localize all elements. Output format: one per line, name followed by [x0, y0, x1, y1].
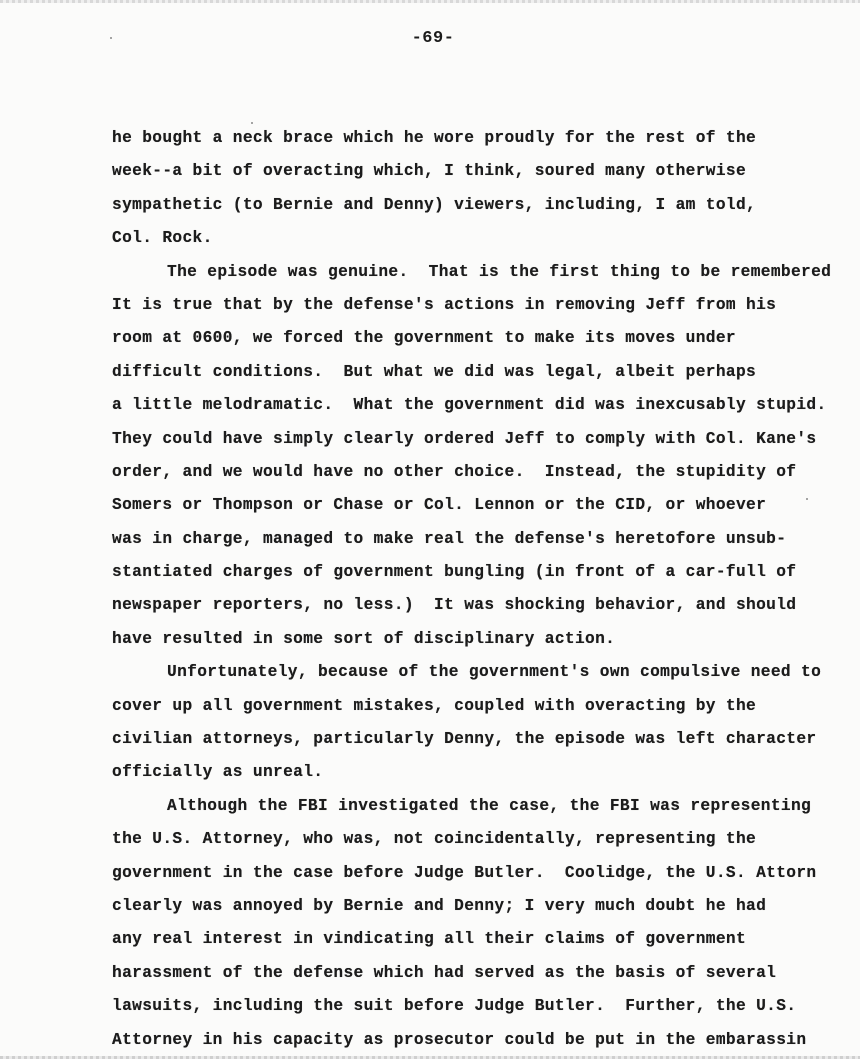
text-line: the U.S. Attorney, who was, not coincide…: [112, 828, 860, 861]
scan-top-edge: [0, 0, 860, 3]
text-line: Somers or Thompson or Chase or Col. Lenn…: [112, 494, 860, 527]
paragraph-2: The episode was genuine. That is the fir…: [112, 261, 860, 662]
text-line: clearly was annoyed by Bernie and Denny;…: [112, 895, 860, 928]
text-line: officially as unreal.: [112, 761, 860, 794]
paragraph-1: he bought a neck brace which he wore pro…: [112, 127, 860, 261]
paragraph-3: Unfortunately, because of the government…: [112, 661, 860, 795]
text-line: Unfortunately, because of the government…: [112, 661, 860, 694]
text-line: cover up all government mistakes, couple…: [112, 695, 860, 728]
text-line: difficult conditions. But what we did wa…: [112, 361, 860, 394]
text-line: Col. Rock.: [112, 227, 860, 260]
text-line: room at 0600, we forced the government t…: [112, 327, 860, 360]
document-body: he bought a neck brace which he wore pro…: [112, 127, 860, 1059]
text-line: civilian attorneys, particularly Denny, …: [112, 728, 860, 761]
text-line: week--a bit of overacting which, I think…: [112, 160, 860, 193]
text-line: It is true that by the defense's actions…: [112, 294, 860, 327]
text-line: government in the case before Judge Butl…: [112, 862, 860, 895]
scan-speck: [251, 122, 253, 124]
scan-speck: [806, 498, 808, 500]
paragraph-4: Although the FBI investigated the case, …: [112, 795, 860, 1059]
text-line: stantiated charges of government bunglin…: [112, 561, 860, 594]
text-line: was in charge, managed to make real the …: [112, 528, 860, 561]
text-line: he bought a neck brace which he wore pro…: [112, 127, 860, 160]
text-line: Although the FBI investigated the case, …: [112, 795, 860, 828]
text-line: They could have simply clearly ordered J…: [112, 428, 860, 461]
text-line: order, and we would have no other choice…: [112, 461, 860, 494]
text-line: a little melodramatic. What the governme…: [112, 394, 860, 427]
text-line: Attorney in his capacity as prosecutor c…: [112, 1029, 860, 1059]
text-line: any real interest in vindicating all the…: [112, 928, 860, 961]
scan-speck: [110, 37, 112, 39]
text-line: sympathetic (to Bernie and Denny) viewer…: [112, 194, 860, 227]
text-line: The episode was genuine. That is the fir…: [112, 261, 860, 294]
text-line: harassment of the defense which had serv…: [112, 962, 860, 995]
text-line: have resulted in some sort of disciplina…: [112, 628, 860, 661]
text-line: lawsuits, including the suit before Judg…: [112, 995, 860, 1028]
page-number: -69-: [0, 29, 860, 48]
text-line: newspaper reporters, no less.) It was sh…: [112, 594, 860, 627]
